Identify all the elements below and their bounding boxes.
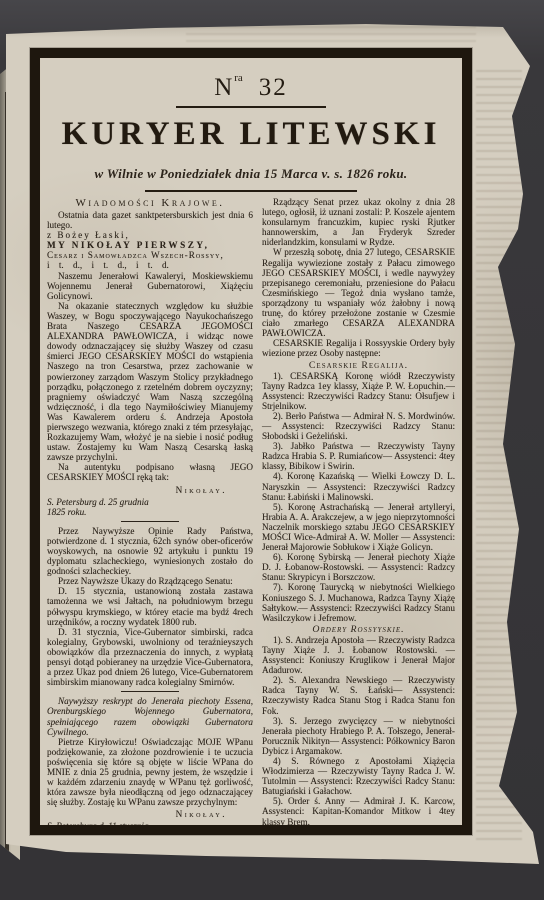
etc-line: i t. d., i t. d., i t. d. — [47, 260, 253, 270]
masthead: Nra32 KURYER LITEWSKI w Wilnie w Poniedz… — [47, 72, 455, 192]
paragraph: W przeszłą sobotę, dnia 27 lutego, CESAR… — [262, 247, 455, 338]
separator-rule — [176, 106, 326, 108]
list-item: 1). CESARSKĄ Koronę wiódł Rzeczywisty Ta… — [262, 371, 455, 411]
list-item: 5). Koronę Astrachańską — Jenerał artyll… — [262, 502, 455, 552]
signature-date: S. Petersburg d. 11 stycznia 1826 roku. — [47, 821, 165, 835]
section-heading: Wiadomości Krajowe. — [47, 197, 253, 209]
issue-letter: N — [214, 74, 234, 101]
paragraph: Przez Naywższe Ukazy do Rządzącego Senat… — [47, 576, 253, 586]
list-item: 6). Medal srebrny 1812 roku — w niebytno… — [262, 827, 455, 835]
list-item: 4). Koronę Kazańską — Wielki Łowczy D. L… — [262, 471, 455, 501]
list-item: 6). Koronę Sybirską — Jenerał piechoty X… — [262, 552, 455, 582]
separator-rule — [121, 691, 179, 692]
signature-date: S. Petersburg d. 25 grudnia 1825 roku. — [47, 497, 165, 517]
page-frame: Nra32 KURYER LITEWSKI w Wilnie w Poniedz… — [30, 48, 472, 835]
ruler-name-line: MY NIKOŁAY PIERWSZY, — [47, 240, 253, 250]
list-item: 7). Koronę Taurycką w niebytności Wielki… — [262, 582, 455, 622]
list-item: 3). Jabłko Państwa — Rzeczywisty Tayny R… — [262, 441, 455, 471]
issue-value: 32 — [259, 74, 288, 101]
separator-rule — [145, 190, 357, 192]
left-column: Wiadomości Krajowe. Ostatnia data gazet … — [47, 197, 253, 835]
bleedthrough-text-right — [476, 70, 522, 842]
list-item: 5). Order ś. Anny — Admirał J. K. Karcow… — [262, 796, 455, 826]
paragraph: Na autentyku podpisano własną JEGO CESAR… — [47, 462, 253, 482]
page-content: Nra32 KURYER LITEWSKI w Wilnie w Poniedz… — [40, 58, 462, 835]
rescript-heading: Naywyższy reskrypt do Jenerała piechoty … — [47, 696, 253, 736]
issue-number: Nra32 — [47, 72, 455, 102]
paragraph: D. 15 stycznia, ustanowioną została zast… — [47, 586, 253, 626]
newspaper-page: Nra32 KURYER LITEWSKI w Wilnie w Poniedz… — [6, 24, 540, 870]
invocation-line: z Bożey Łaski, — [47, 230, 253, 240]
list-item: 3). S. Jerzego zwycięzcy — w niebytności… — [262, 716, 455, 756]
subsection-heading: Cesarskie Regalija. — [262, 360, 455, 371]
royal-signature: Nikołay. — [47, 485, 253, 495]
paragraph: CESARSKIE Regalija i Rossyyskie Ordery b… — [262, 338, 455, 358]
royal-signature: Nikołay. — [47, 809, 253, 819]
paragraph: Na okazanie statecznych względow ku służ… — [47, 301, 253, 463]
list-item: 1). S. Andrzeja Apostoła — Rzeczywisty R… — [262, 635, 455, 675]
subsection-heading: Ordery Rossyyskie. — [262, 624, 455, 635]
issue-superscript: ra — [234, 72, 243, 84]
paragraph: Przez Naywyższe Opinie Rady Państwa, pot… — [47, 526, 253, 576]
newspaper-scan: Nra32 KURYER LITEWSKI w Wilnie w Poniedz… — [0, 0, 544, 900]
dateline: w Wilnie w Poniedziałek dnia 15 Marca v.… — [47, 166, 455, 182]
list-item: 4) S. Równego z Apostołami Xiążęcia Włod… — [262, 756, 455, 796]
paragraph: Naszemu Jenerałowi Kawaleryi, Moskiewski… — [47, 271, 253, 301]
paragraph: Rządzący Senat przez ukaz okolny z dnia … — [262, 197, 455, 247]
columns: Wiadomości Krajowe. Ostatnia data gazet … — [47, 197, 455, 835]
list-item: 2). S. Alexandra Newskiego — Rzeczywisty… — [262, 675, 455, 715]
right-column: Rządzący Senat przez ukaz okolny z dnia … — [262, 197, 455, 835]
paragraph: Ostatnia data gazet sanktpetersburskich … — [47, 210, 253, 230]
bleedthrough-text-top — [186, 26, 476, 44]
ruler-title-line: Cesarz i Samowładzca Wszech-Rossyy, — [47, 250, 253, 260]
list-item: 2). Berło Państwa — Admirał N. S. Mordwi… — [262, 411, 455, 441]
masthead-title: KURYER LITEWSKI — [47, 116, 455, 153]
separator-rule — [121, 521, 179, 522]
paragraph: Pietrze Kiryłowiczu! Oświadczając MOJE W… — [47, 737, 253, 808]
paragraph: D. 31 stycznia, Vice-Gubernator simbirsk… — [47, 627, 253, 688]
